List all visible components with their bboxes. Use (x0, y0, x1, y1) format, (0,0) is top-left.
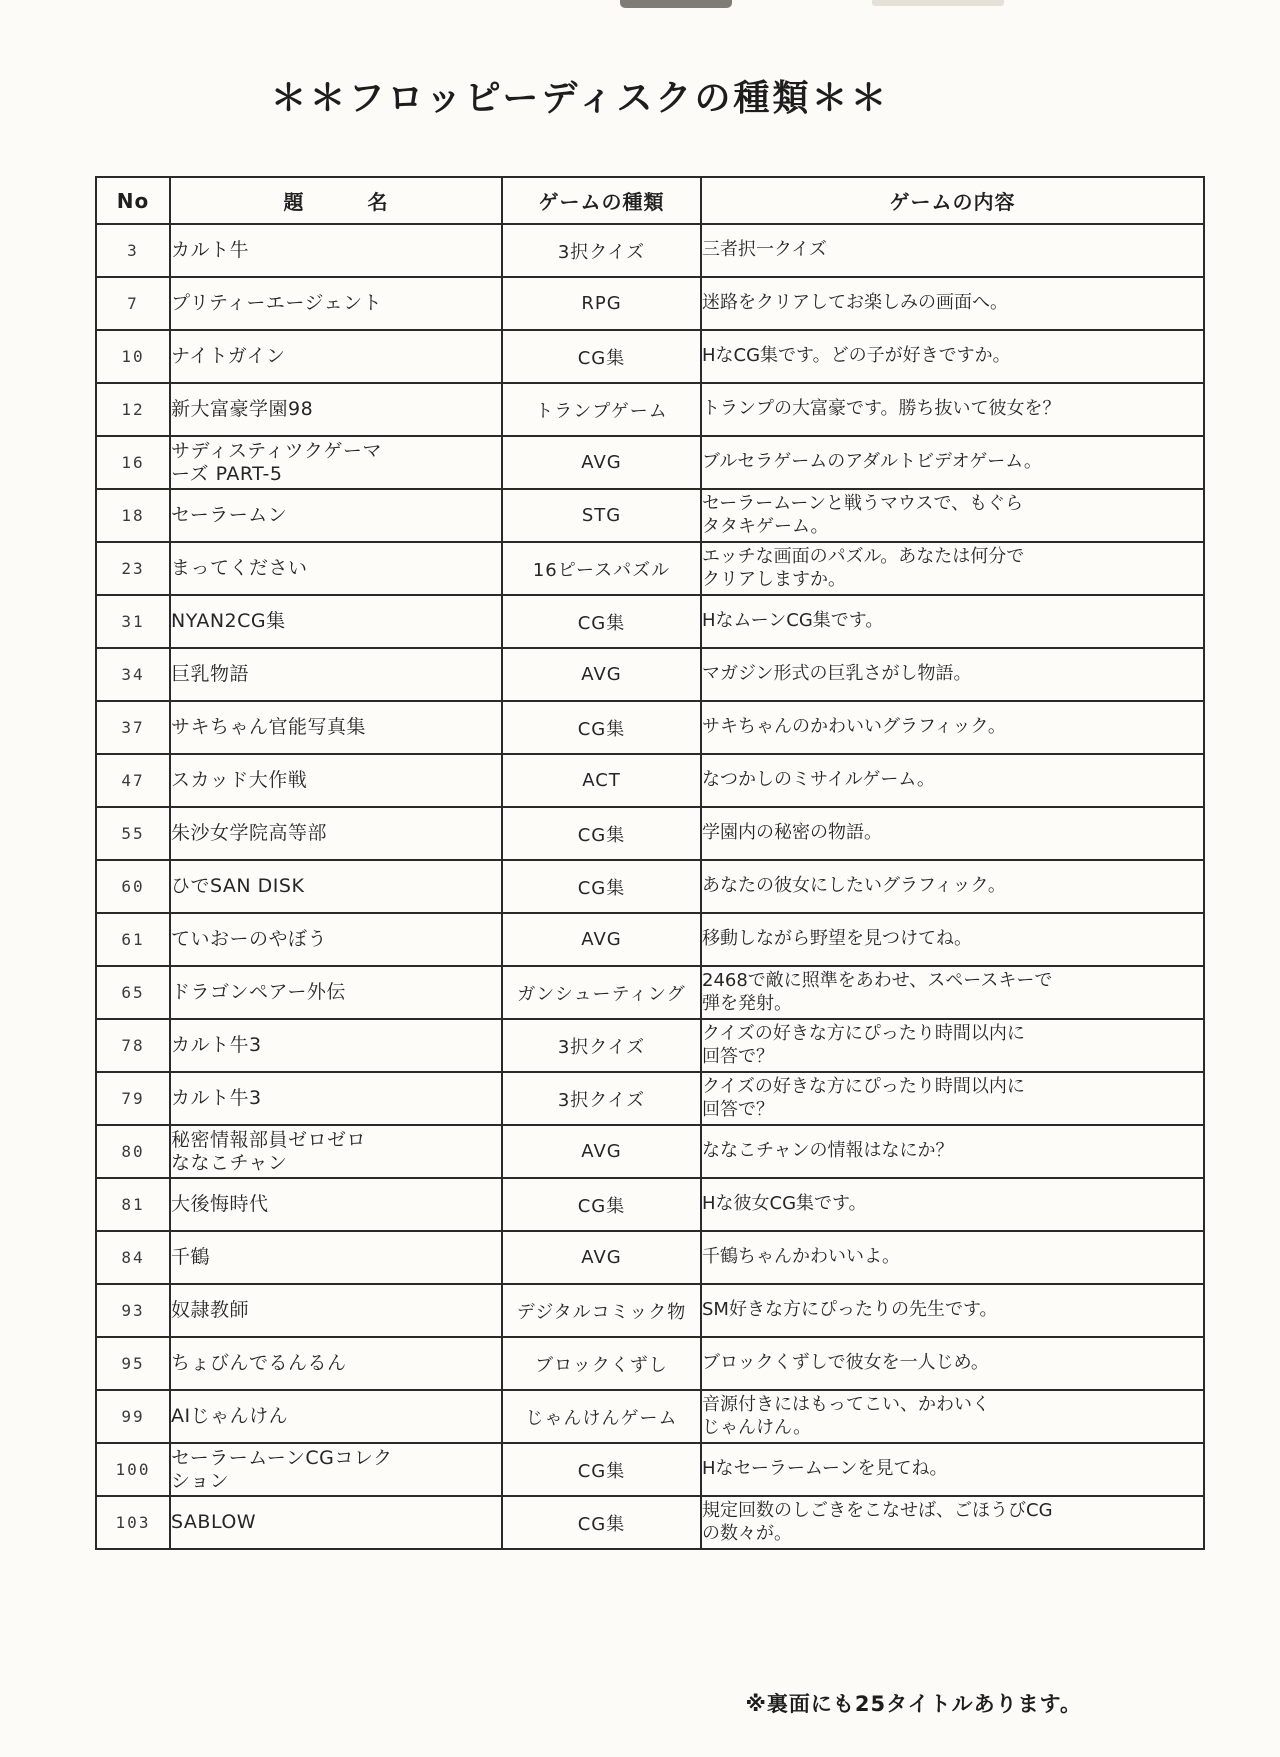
cell-desc: なつかしのミサイルゲーム。 (701, 754, 1204, 807)
cell-desc: 音源付きにはもってこい、かわいく じゃんけん。 (701, 1390, 1204, 1443)
floppy-disk-table: No 題 名 ゲームの種類 ゲームの内容 3 カルト牛 3択クイズ 三者択一クイ… (95, 176, 1205, 1550)
cell-no: 7 (96, 277, 170, 330)
table-row: 78 カルト牛3 3択クイズ クイズの好きな方にぴったり時間以内に 回答で？ (96, 1019, 1204, 1072)
cell-title: カルト牛 (170, 224, 502, 277)
cell-no: 61 (96, 913, 170, 966)
table-row: 61 ていおーのやぼう AVG 移動しながら野望を見つけてね。 (96, 913, 1204, 966)
cell-title: ちょびんでるんるん (170, 1337, 502, 1390)
cell-desc: 2468で敵に照準をあわせ、スペースキーで 弾を発射。 (701, 966, 1204, 1019)
cell-desc: ブルセラゲームのアダルトビデオゲーム。 (701, 436, 1204, 489)
cell-desc: クイズの好きな方にぴったり時間以内に 回答で？ (701, 1019, 1204, 1072)
table-row: 103 SABLOW CG集 規定回数のしごきをこなせば、ごほうびCG の数々が… (96, 1496, 1204, 1549)
cell-no: 16 (96, 436, 170, 489)
cell-desc: トランプの大富豪です。勝ち抜いて彼女を？ (701, 383, 1204, 436)
cell-no: 93 (96, 1284, 170, 1337)
cell-desc: HなムーンCG集です。 (701, 595, 1204, 648)
cell-title: ドラゴンペアー外伝 (170, 966, 502, 1019)
cell-type: CG集 (502, 807, 701, 860)
cell-desc: 迷路をクリアしてお楽しみの画面へ。 (701, 277, 1204, 330)
cell-type: ガンシューティング (502, 966, 701, 1019)
cell-no: 34 (96, 648, 170, 701)
table-row: 31 NYAN2CG集 CG集 HなムーンCG集です。 (96, 595, 1204, 648)
cell-type: トランプゲーム (502, 383, 701, 436)
cell-no: 31 (96, 595, 170, 648)
cell-no: 55 (96, 807, 170, 860)
cell-type: デジタルコミック物 (502, 1284, 701, 1337)
table-row: 18 セーラームン STG セーラームーンと戦うマウスで、もぐら タタキゲーム。 (96, 489, 1204, 542)
cell-type: CG集 (502, 1443, 701, 1496)
page-title: ＊＊フロッピーディスクの種類＊＊ (0, 70, 1160, 121)
cell-title: 朱沙女学院高等部 (170, 807, 502, 860)
cell-title: セーラームン (170, 489, 502, 542)
table-body: 3 カルト牛 3択クイズ 三者択一クイズ 7 プリティーエージェント RPG 迷… (96, 224, 1204, 1549)
cell-no: 81 (96, 1178, 170, 1231)
cell-title: 新大富豪学園98 (170, 383, 502, 436)
cell-no: 23 (96, 542, 170, 595)
cell-no: 60 (96, 860, 170, 913)
header-no: No (96, 177, 170, 224)
cell-no: 80 (96, 1125, 170, 1178)
table-row: 47 スカッド大作戦 ACT なつかしのミサイルゲーム。 (96, 754, 1204, 807)
cell-desc: セーラームーンと戦うマウスで、もぐら タタキゲーム。 (701, 489, 1204, 542)
header-desc: ゲームの内容 (701, 177, 1204, 224)
cell-desc: 移動しながら野望を見つけてね。 (701, 913, 1204, 966)
cell-type: RPG (502, 277, 701, 330)
table-row: 10 ナイトガイン CG集 HなCG集です。どの子が好きですか。 (96, 330, 1204, 383)
cell-type: CG集 (502, 1178, 701, 1231)
cell-title: プリティーエージェント (170, 277, 502, 330)
cell-title: ひでSAN DISK (170, 860, 502, 913)
table-row: 80 秘密情報部員ゼロゼロ ななこチャン AVG ななこチャンの情報はなにか？ (96, 1125, 1204, 1178)
table-row: 23 まってください 16ピースパズル エッチな画面のパズル。あなたは何分で ク… (96, 542, 1204, 595)
table-row: 95 ちょびんでるんるん ブロックくずし ブロックくずしで彼女を一人じめ。 (96, 1337, 1204, 1390)
cell-no: 65 (96, 966, 170, 1019)
cell-desc: あなたの彼女にしたいグラフィック。 (701, 860, 1204, 913)
table-header: No 題 名 ゲームの種類 ゲームの内容 (96, 177, 1204, 224)
cell-title: SABLOW (170, 1496, 502, 1549)
cell-type: CG集 (502, 860, 701, 913)
cell-type: AVG (502, 1125, 701, 1178)
cell-type: AVG (502, 436, 701, 489)
table-row: 3 カルト牛 3択クイズ 三者択一クイズ (96, 224, 1204, 277)
cell-type: 3択クイズ (502, 1019, 701, 1072)
table-row: 93 奴隷教師 デジタルコミック物 SM好きな方にぴったりの先生です。 (96, 1284, 1204, 1337)
footer-note: ※裏面にも25タイトルあります。 (745, 1688, 1082, 1718)
cell-type: CG集 (502, 595, 701, 648)
cell-desc: エッチな画面のパズル。あなたは何分で クリアしますか。 (701, 542, 1204, 595)
cell-desc: HなCG集です。どの子が好きですか。 (701, 330, 1204, 383)
cell-type: CG集 (502, 1496, 701, 1549)
cell-title: NYAN2CG集 (170, 595, 502, 648)
cell-type: ブロックくずし (502, 1337, 701, 1390)
cell-no: 103 (96, 1496, 170, 1549)
cell-type: AVG (502, 1231, 701, 1284)
scanned-page: ＊＊フロッピーディスクの種類＊＊ No 題 名 ゲームの種類 ゲームの内容 3 … (0, 0, 1280, 1757)
cell-desc: 学園内の秘密の物語。 (701, 807, 1204, 860)
cell-title: 大後悔時代 (170, 1178, 502, 1231)
table-row: 16 サディスティツクゲーマ ーズ PART-5 AVG ブルセラゲームのアダル… (96, 436, 1204, 489)
cell-title: サキちゃん官能写真集 (170, 701, 502, 754)
cell-type: AVG (502, 648, 701, 701)
cell-type: 3択クイズ (502, 1072, 701, 1125)
header-title: 題 名 (170, 177, 502, 224)
table-row: 55 朱沙女学院高等部 CG集 学園内の秘密の物語。 (96, 807, 1204, 860)
cell-no: 37 (96, 701, 170, 754)
scan-artifact (872, 0, 1004, 6)
cell-title: スカッド大作戦 (170, 754, 502, 807)
table-header-row: No 題 名 ゲームの種類 ゲームの内容 (96, 177, 1204, 224)
table-row: 7 プリティーエージェント RPG 迷路をクリアしてお楽しみの画面へ。 (96, 277, 1204, 330)
table-row: 81 大後悔時代 CG集 Hな彼女CG集です。 (96, 1178, 1204, 1231)
cell-type: 16ピースパズル (502, 542, 701, 595)
cell-no: 78 (96, 1019, 170, 1072)
table-row: 34 巨乳物語 AVG マガジン形式の巨乳さがし物語。 (96, 648, 1204, 701)
cell-title: 巨乳物語 (170, 648, 502, 701)
cell-title: ナイトガイン (170, 330, 502, 383)
cell-desc: ななこチャンの情報はなにか？ (701, 1125, 1204, 1178)
cell-title: カルト牛3 (170, 1072, 502, 1125)
cell-type: CG集 (502, 330, 701, 383)
cell-type: AVG (502, 913, 701, 966)
cell-no: 3 (96, 224, 170, 277)
table-row: 37 サキちゃん官能写真集 CG集 サキちゃんのかわいいグラフィック。 (96, 701, 1204, 754)
cell-desc: クイズの好きな方にぴったり時間以内に 回答で？ (701, 1072, 1204, 1125)
cell-no: 95 (96, 1337, 170, 1390)
cell-desc: マガジン形式の巨乳さがし物語。 (701, 648, 1204, 701)
table-row: 79 カルト牛3 3択クイズ クイズの好きな方にぴったり時間以内に 回答で？ (96, 1072, 1204, 1125)
cell-no: 84 (96, 1231, 170, 1284)
scan-artifact (620, 0, 732, 8)
cell-desc: 三者択一クイズ (701, 224, 1204, 277)
cell-title: AIじゃんけん (170, 1390, 502, 1443)
cell-title: 秘密情報部員ゼロゼロ ななこチャン (170, 1125, 502, 1178)
cell-no: 10 (96, 330, 170, 383)
table-row: 12 新大富豪学園98 トランプゲーム トランプの大富豪です。勝ち抜いて彼女を？ (96, 383, 1204, 436)
cell-title: セーラームーンCGコレク ション (170, 1443, 502, 1496)
cell-title: 千鶴 (170, 1231, 502, 1284)
cell-desc: 千鶴ちゃんかわいいよ。 (701, 1231, 1204, 1284)
cell-title: サディスティツクゲーマ ーズ PART-5 (170, 436, 502, 489)
cell-type: ACT (502, 754, 701, 807)
table-row: 60 ひでSAN DISK CG集 あなたの彼女にしたいグラフィック。 (96, 860, 1204, 913)
cell-title: カルト牛3 (170, 1019, 502, 1072)
cell-desc: Hな彼女CG集です。 (701, 1178, 1204, 1231)
cell-title: 奴隷教師 (170, 1284, 502, 1337)
cell-type: 3択クイズ (502, 224, 701, 277)
cell-desc: Hなセーラームーンを見てね。 (701, 1443, 1204, 1496)
cell-type: じゃんけんゲーム (502, 1390, 701, 1443)
cell-desc: ブロックくずしで彼女を一人じめ。 (701, 1337, 1204, 1390)
cell-no: 100 (96, 1443, 170, 1496)
table-row: 100 セーラームーンCGコレク ション CG集 Hなセーラームーンを見てね。 (96, 1443, 1204, 1496)
cell-title: ていおーのやぼう (170, 913, 502, 966)
table-row: 99 AIじゃんけん じゃんけんゲーム 音源付きにはもってこい、かわいく じゃん… (96, 1390, 1204, 1443)
cell-type: STG (502, 489, 701, 542)
table-row: 65 ドラゴンペアー外伝 ガンシューティング 2468で敵に照準をあわせ、スペー… (96, 966, 1204, 1019)
table-row: 84 千鶴 AVG 千鶴ちゃんかわいいよ。 (96, 1231, 1204, 1284)
cell-type: CG集 (502, 701, 701, 754)
cell-desc: サキちゃんのかわいいグラフィック。 (701, 701, 1204, 754)
cell-no: 12 (96, 383, 170, 436)
cell-no: 18 (96, 489, 170, 542)
cell-desc: SM好きな方にぴったりの先生です。 (701, 1284, 1204, 1337)
cell-no: 47 (96, 754, 170, 807)
cell-no: 79 (96, 1072, 170, 1125)
header-type: ゲームの種類 (502, 177, 701, 224)
cell-desc: 規定回数のしごきをこなせば、ごほうびCG の数々が。 (701, 1496, 1204, 1549)
cell-title: まってください (170, 542, 502, 595)
cell-no: 99 (96, 1390, 170, 1443)
